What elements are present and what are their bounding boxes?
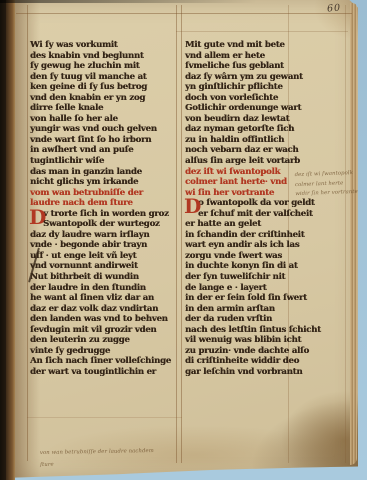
manuscript-line-text: zu in haldin offintlich [185, 135, 284, 145]
text-column-left: Wi ſy was vorkumitdes knabin vnd beglunn… [30, 40, 177, 378]
manuscript-line: Nut bithrbeit di wundin [30, 272, 177, 283]
manuscript-line: er ſchuf mit der valſcheit [185, 209, 335, 220]
manuscript-line: An ſich nach ſiner volleſchinge [30, 356, 177, 367]
manuscript-line: tugintlichir wiſe [30, 156, 177, 167]
manuscript-line-text: der ſyn tuweliſchir nit [185, 272, 285, 282]
ruling-line-center-2 [181, 5, 182, 463]
manuscript-line-text: daz er daz volk daz vndirtan [30, 304, 158, 314]
manuscript-line-text: ſvmeliche ſus geblant [185, 61, 284, 71]
manuscript-line-text: vom wan betrubniſſe der [30, 188, 143, 198]
manuscript-line-text: tugintlichir wiſe [30, 156, 104, 166]
manuscript-line-text: in duchte konyn ſin di at [185, 261, 298, 271]
manuscript-line: noch vebarn daz er wach [185, 145, 335, 156]
manuscript-line: dirre ſelle knale [30, 103, 177, 114]
manuscript-line: von halle ſo her ale [30, 114, 177, 125]
manuscript-line: den leuterin zu zugge [30, 335, 177, 346]
manuscript-line-text: o ſwantopolk da vor geldt [198, 198, 315, 208]
manuscript-line: di criſtinheite widdir deo [185, 356, 335, 367]
manuscript-line: ſevdugin mit vil grozir vden [30, 325, 177, 336]
manuscript-line: gar leſchin vnd vorbrantn [185, 367, 335, 378]
manuscript-line: yungir was vnd ouch gelven [30, 124, 177, 135]
manuscript-line-text: uff · ut enge leit vñ leyt [30, 251, 136, 261]
manuscript-line: er hatte an gelet [185, 219, 335, 230]
text-column-right: Mit gute vnd mit betevnd allem er heteſv… [185, 40, 335, 378]
manuscript-line-text: zorgu vnde ſwert was [185, 251, 282, 261]
manuscript-line-text: in awſhert vnd an puſe [30, 145, 133, 155]
manuscript-line-text: doch von vorleſichte [185, 93, 278, 103]
manuscript-line-text: des knabin vnd beglunnt [30, 51, 144, 61]
manuscript-line-text: di criſtinheite widdir deo [185, 356, 299, 366]
manuscript-line-text: in der er ſein ſold ſin ſwert [185, 293, 307, 303]
manuscript-line-text: ſy gewug he zluchin mit [30, 61, 139, 71]
manuscript-line: in duchte konyn ſin di at [185, 261, 335, 272]
manuscript-line-text: vnd vornunnt andirweit [30, 261, 138, 271]
manuscript-line: vnd vornunnt andirweit [30, 261, 177, 272]
manuscript-line: der wart va tougintlichin er [30, 367, 177, 378]
manuscript-line: in den armin arſtan [185, 304, 335, 315]
manuscript-line-text: dirre ſelle knale [30, 103, 103, 113]
manuscript-line-text: noch vebarn daz er wach [185, 145, 298, 155]
manuscript-line: ken geine di ſy ſus betrog [30, 82, 177, 93]
manuscript-line: in awſhert vnd an puſe [30, 145, 177, 156]
manuscript-line-text: vnd den knabin er yn zog [30, 93, 145, 103]
manuscript-line-text: den ſy tuug vil manche at [30, 72, 147, 82]
margin-note-line: von wan betrubniſſe der laudre nachdem [40, 446, 154, 459]
manuscript-line-text: den leuterin zu zugge [30, 335, 130, 345]
manuscript-line: von beudirn daz lewtat [185, 114, 335, 125]
ruling-line-top-2 [176, 31, 348, 32]
manuscript-line-text: er ſchuf mit der valſcheit [198, 209, 313, 219]
manuscript-line-text: colmer lant herte· vnd [185, 177, 287, 187]
manuscript-line-text: Mit gute vnd mit bete [185, 40, 285, 50]
manuscript-line-text: der wart va tougintlichin er [30, 367, 156, 377]
manuscript-line: daz dy laudre warn irſlayn [30, 230, 177, 241]
manuscript-line-text: yn ginſtlichir pflichte [185, 82, 283, 92]
manuscript-line-text: alſus ſin arge leit vortarb [185, 156, 300, 166]
manuscript-line-text: nach des letſtin ſintus ſchicht [185, 325, 321, 335]
manuscript-line: des knabin vnd beglunnt [30, 51, 177, 62]
manuscript-line-text: vnde wart ſint ſo ho irborn [30, 135, 151, 145]
book-gutter-edge [6, 0, 15, 480]
manuscript-line: Dv trorte ſich in worden groz [30, 209, 177, 220]
manuscript-line-text: vnd allem er hete [185, 51, 265, 61]
manuscript-line-text: der da ruden vrſtin [185, 314, 272, 324]
manuscript-line-text: vil wenuig was blibin icht [185, 335, 301, 345]
manuscript-line: he want al ſinen vliz dar an [30, 293, 177, 304]
ruling-line-top [16, 13, 352, 14]
margin-note-right: dez iſt wi ſwantopolk colmer lant herte … [295, 169, 359, 200]
manuscript-line: vnde wart ſint ſo ho irborn [30, 135, 177, 146]
manuscript-line: zu in haldin offintlich [185, 135, 335, 146]
manuscript-line: der ſyn tuweliſchir nit [185, 272, 335, 283]
manuscript-line-text: v trorte ſich in worden groz [43, 209, 169, 219]
manuscript-line: vnd den knabin er yn zog [30, 93, 177, 104]
manuscript-line: vil wenuig was blibin icht [185, 335, 335, 346]
manuscript-line: der laudre in den ſtundin [30, 283, 177, 294]
manuscript-line: Wi ſy was vorkumit [30, 40, 177, 51]
manuscript-line-text: zu pruzin· vnde dachte alſo [185, 346, 309, 356]
manuscript-line: in ſchandin der criſtinheit [185, 230, 335, 241]
manuscript-line: daz ſy wârn ym zu gewant [185, 72, 335, 83]
manuscript-line-text: wart eyn andir als ich las [185, 240, 299, 250]
manuscript-line-text: er hatte an gelet [185, 219, 261, 229]
manuscript-line: nach des letſtin ſintus ſchicht [185, 325, 335, 336]
manuscript-line-text: der laudre in den ſtundin [30, 283, 146, 293]
manuscript-line: vinte ſy gedrugge [30, 346, 177, 357]
manuscript-line-text: Nut bithrbeit di wundin [30, 272, 139, 282]
manuscript-line: wart eyn andir als ich las [185, 240, 335, 251]
manuscript-line: alſus ſin arge leit vortarb [185, 156, 335, 167]
manuscript-line: der da ruden vrſtin [185, 314, 335, 325]
manuscript-photo: 60 Wi ſy was vorkumitdes knabin vnd begl… [0, 0, 367, 480]
ruling-line-bottom [27, 417, 182, 418]
manuscript-line-text: in den armin arſtan [185, 304, 275, 314]
manuscript-line: uff · ut enge leit vñ leyt [30, 251, 177, 262]
manuscript-line: ſy gewug he zluchin mit [30, 61, 177, 72]
manuscript-line-text: daz dy laudre warn irſlayn [30, 230, 149, 240]
manuscript-line: zu pruzin· vnde dachte alſo [185, 346, 335, 357]
manuscript-line-text: daz ſy wârn ym zu gewant [185, 72, 303, 82]
manuscript-line: Do ſwantopolk da vor geldt [185, 198, 335, 209]
ruling-line-left [27, 5, 28, 461]
manuscript-line: yn ginſtlichir pflichte [185, 82, 335, 93]
manuscript-line-text: An ſich nach ſiner volleſchinge [30, 356, 171, 366]
manuscript-line-text: daz nyman getorſte ſich [185, 124, 294, 134]
manuscript-line: zorgu vnde ſwert was [185, 251, 335, 262]
manuscript-line-text: vinte ſy gedrugge [30, 346, 110, 356]
manuscript-line-text: von halle ſo her ale [30, 114, 118, 124]
manuscript-line-text: ken geine di ſy ſus betrog [30, 82, 147, 92]
manuscript-line: den landen was vnd to behven [30, 314, 177, 325]
manuscript-line-text: vnde · begonde abir trayn [30, 240, 147, 250]
manuscript-line: ſvmeliche ſus geblant [185, 61, 335, 72]
manuscript-line-text: Wi ſy was vorkumit [30, 40, 118, 50]
manuscript-line-text: Gotlichir ordenunge wart [185, 103, 301, 113]
manuscript-line-text: gar leſchin vnd vorbrantn [185, 367, 302, 377]
manuscript-line-text: in ſchandin der criſtinheit [185, 230, 304, 240]
manuscript-line-text: den landen was vnd to behven [30, 314, 168, 324]
folio-number: 60 [327, 3, 342, 15]
manuscript-line: daz er daz volk daz vndirtan [30, 304, 177, 315]
ruling-line-outer [345, 5, 346, 463]
manuscript-line: den ſy tuug vil manche at [30, 72, 177, 83]
manuscript-line-text: von beudirn daz lewtat [185, 114, 289, 124]
manuscript-line: de lange e · layert [185, 283, 335, 294]
top-edge-shadow [0, 0, 257, 3]
manuscript-line-text: nicht glichs ym irkande [30, 177, 138, 187]
manuscript-line: doch von vorleſichte [185, 93, 335, 104]
manuscript-line-text: Swantopolk der wurtegoz [43, 219, 160, 229]
manuscript-line-text: de lange e · layert [185, 283, 267, 293]
manuscript-line-text: he want al ſinen vliz dar an [30, 293, 154, 303]
manuscript-line: daz nyman getorſte ſich [185, 124, 335, 135]
manuscript-line-text: yungir was vnd ouch gelven [30, 124, 157, 134]
manuscript-line: laudre nach dem ſture [30, 198, 177, 209]
manuscript-line: in der er ſein ſold ſin ſwert [185, 293, 335, 304]
manuscript-line-text: das man in ganzin lande [30, 167, 142, 177]
page-edge-stripes [350, 3, 357, 465]
manuscript-line: das man in ganzin lande [30, 167, 177, 178]
manuscript-line: Swantopolk der wurtegoz [30, 219, 177, 230]
manuscript-line: vnde · begonde abir trayn [30, 240, 177, 251]
margin-note-bottom: von wan betrubniſſe der laudre nachdem ſ… [40, 446, 154, 471]
manuscript-line-text: dez iſt wi ſwantopolk [185, 167, 280, 177]
margin-note-line: ſture [40, 458, 154, 471]
manuscript-line: Mit gute vnd mit bete [185, 40, 335, 51]
manuscript-line: nicht glichs ym irkande [30, 177, 177, 188]
manuscript-line: vom wan betrubniſſe der [30, 188, 177, 199]
manuscript-line: vnd allem er hete [185, 51, 335, 62]
manuscript-line-text: ſevdugin mit vil grozir vden [30, 325, 156, 335]
manuscript-line: Gotlichir ordenunge wart [185, 103, 335, 114]
